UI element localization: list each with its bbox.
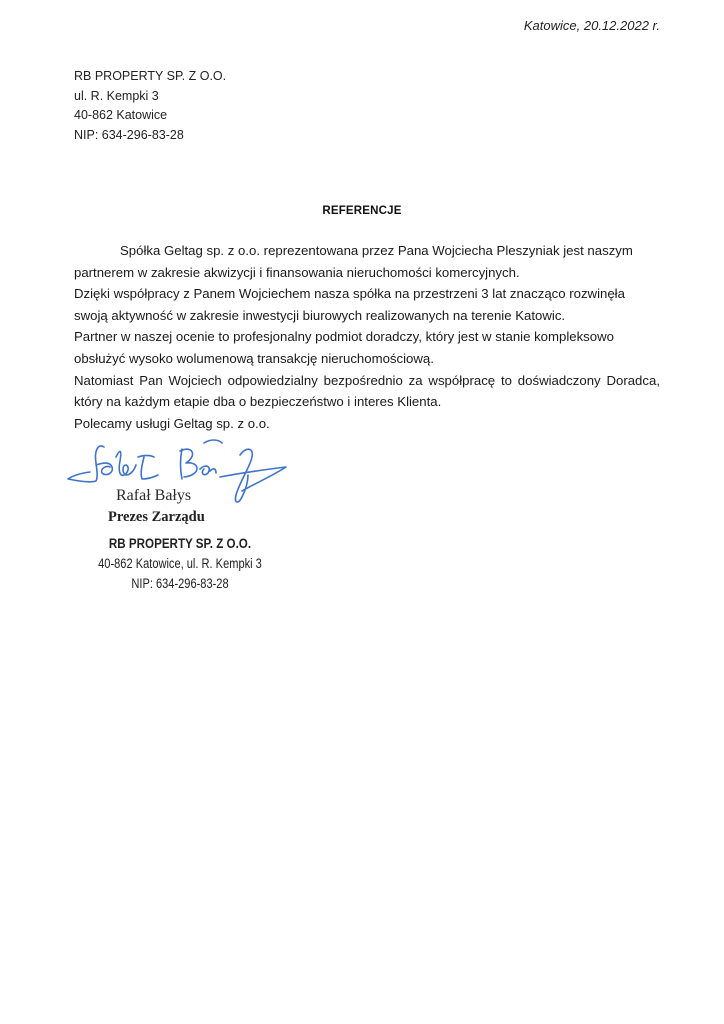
paragraph-3: Partner w naszej ocenie to profesjonalny… xyxy=(74,326,660,369)
sender-address-block: RB PROPERTY SP. Z O.O. ul. R. Kempki 3 4… xyxy=(74,67,226,145)
paragraph-2: Dzięki współpracy z Panem Wojciechem nas… xyxy=(74,283,660,326)
paragraph-1: Spółka Geltag sp. z o.o. reprezentowana … xyxy=(74,240,660,283)
sender-city: 40-862 Katowice xyxy=(74,106,226,126)
letter-body: Spółka Geltag sp. z o.o. reprezentowana … xyxy=(74,240,660,434)
paragraph-5: Polecamy usługi Geltag sp. z o.o. xyxy=(74,413,660,435)
document-title: REFERENCJE xyxy=(0,205,724,217)
sender-company: RB PROPERTY SP. Z O.O. xyxy=(74,67,226,87)
stamp-nip: NIP: 634-296-83-28 xyxy=(90,574,270,594)
sender-nip: NIP: 634-296-83-28 xyxy=(74,126,226,146)
document-page: Katowice, 20.12.2022 r. RB PROPERTY SP. … xyxy=(0,0,724,1024)
document-date: Katowice, 20.12.2022 r. xyxy=(524,18,660,33)
company-stamp: RB PROPERTY SP. Z O.O. 40-862 Katowice, … xyxy=(70,534,290,594)
signer-role: Prezes Zarządu xyxy=(108,509,205,526)
stamp-company: RB PROPERTY SP. Z O.O. xyxy=(85,534,274,554)
stamp-address: 40-862 Katowice, ul. R. Kempki 3 xyxy=(90,554,270,574)
paragraph-4: Natomiast Pan Wojciech odpowiedzialny be… xyxy=(74,370,660,413)
sender-street: ul. R. Kempki 3 xyxy=(74,87,226,107)
signer-name: Rafał Bałys xyxy=(116,487,191,505)
